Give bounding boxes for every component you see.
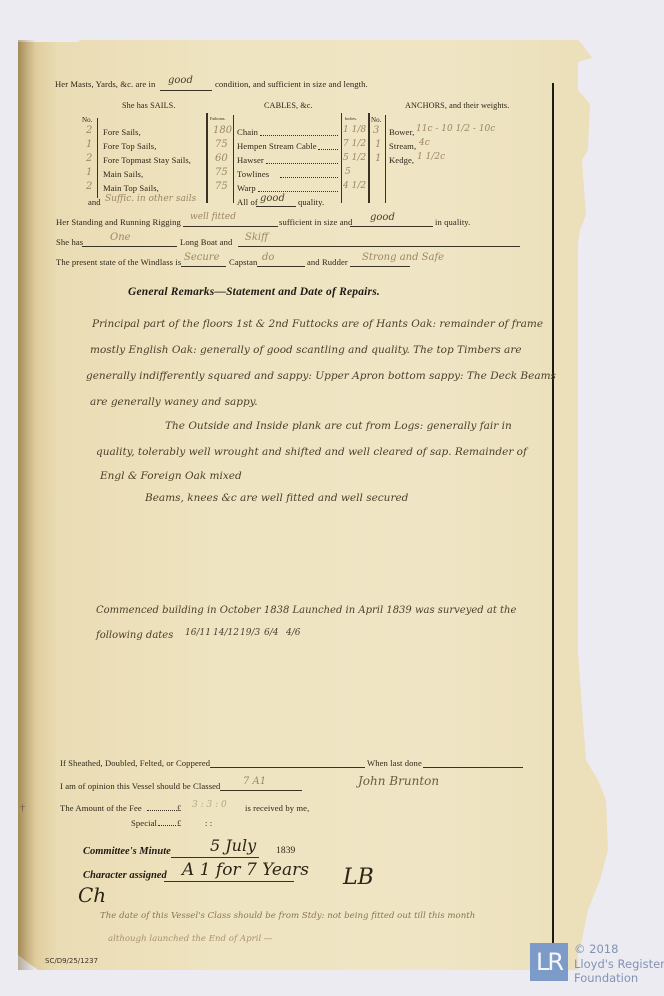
classed-blank [220, 790, 302, 791]
cable-inches: 5 1/2 [343, 153, 366, 163]
sail-label: Fore Topmast Stay Sails, [103, 155, 191, 165]
committee-minute-value: 5 July [210, 836, 256, 855]
committee-year: 1839 [276, 846, 295, 856]
all-of-blank [256, 206, 296, 207]
anchor-count: 1 [375, 139, 381, 150]
anchor-count: 3 [373, 125, 379, 136]
cable-label: Hawser [237, 155, 264, 165]
anchor-label: Kedge, [389, 155, 414, 165]
rigging-value: well fitted [190, 212, 236, 222]
special-value: : : [205, 818, 212, 828]
remarks-heading: General Remarks—Statement and Date of Re… [128, 286, 380, 298]
survey-date: 4/6 [286, 628, 300, 638]
sail-count: 1 [86, 167, 92, 178]
remarks-line: generally indifferently squared and sapp… [86, 370, 556, 382]
classed-value: 7 A1 [243, 776, 266, 787]
cable-inches: 1 1/8 [343, 125, 366, 135]
cable-inches: 7 1/2 [343, 139, 366, 149]
character-label: Character assigned [83, 870, 167, 881]
lloyds-register-logo-icon: LR [530, 943, 568, 981]
masts-suffix: condition, and sufficient in size and le… [215, 79, 368, 89]
fee-currency: £ [177, 803, 181, 813]
anchors-header: ANCHORS, and their weights. [405, 101, 509, 110]
rigging-quality: good [370, 212, 395, 223]
sheathed-label: If Sheathed, Doubled, Felted, or Coppere… [60, 758, 210, 768]
fathoms-divider-left [206, 113, 208, 203]
sail-label: Main Top Sails, [103, 183, 159, 193]
capstan-label: Capstan [229, 257, 257, 267]
when-done-label: When last done [367, 758, 422, 768]
margin-mark: † [20, 803, 25, 814]
inches-divider-left [341, 113, 342, 203]
sail-label: Main Sails, [103, 169, 143, 179]
remarks-line: The Outside and Inside plank are cut fro… [165, 420, 512, 432]
rigging-mid: sufficient in size and [279, 217, 352, 227]
building-line-1: Commenced building in October 1838 Launc… [96, 605, 516, 616]
right-margin-rule [552, 83, 554, 943]
rigging-blank-2 [350, 226, 433, 227]
committee-minute-label: Committee's Minute [83, 846, 171, 857]
classed-label: I am of opinion this Vessel should be Cl… [60, 781, 220, 791]
sail-count: 1 [86, 139, 92, 150]
special-currency: £ [177, 818, 181, 828]
sail-label: Fore Top Sails, [103, 141, 157, 151]
boats-blank-2 [238, 246, 520, 247]
sails-header: She has SAILS. [122, 101, 175, 110]
cable-fathoms: 75 [215, 167, 228, 178]
rudder-blank [350, 266, 410, 267]
survey-date: 16/11 [185, 628, 211, 638]
sail-count: 2 [86, 125, 92, 136]
archive-reference: SC/D9/25/1237 [45, 957, 98, 965]
cable-label: Towlines [237, 169, 269, 179]
sail-label: Fore Sails, [103, 127, 141, 137]
boats-mid: Long Boat and [180, 237, 232, 247]
rigging-label: Her Standing and Running Rigging [56, 217, 181, 227]
copyright: © 2018 [574, 942, 618, 956]
surveyor-signature: John Brunton [358, 774, 439, 788]
footer-note-line: The date of this Vessel's Class should b… [100, 911, 475, 921]
boats-value: One [110, 232, 131, 243]
anchor-weight: 4c [419, 138, 430, 148]
sails-and-value: Suffic. in other sails [105, 194, 196, 204]
windlass-value: Secure [184, 252, 220, 263]
survey-date: 6/4 [264, 628, 278, 638]
fathoms-header: Fathoms. [210, 116, 226, 121]
anchor-label: Bower, [389, 127, 414, 137]
remarks-line: are generally waney and sappy. [90, 396, 258, 408]
cable-inches: 4 1/2 [343, 181, 366, 191]
document-page [18, 40, 578, 970]
committee-minute-blank [171, 857, 259, 858]
page-edge-stain [18, 40, 36, 970]
anchor-count: 1 [375, 153, 381, 164]
org-name-line-2: Foundation [574, 971, 638, 985]
cable-fathoms: 75 [215, 139, 228, 150]
footer-mark: Ch [78, 883, 106, 907]
when-done-blank [423, 767, 523, 768]
sail-count: 2 [86, 153, 92, 164]
survey-date: 19/3 [240, 628, 260, 638]
anchor-weight: 11c - 10 1/2 - 10c [416, 124, 495, 134]
anchor-no-divider [385, 115, 386, 203]
character-blank [164, 881, 294, 882]
org-name-line-1: Lloyd's Register [574, 957, 664, 971]
building-line-2-label: following dates [96, 630, 173, 641]
capstan-blank [257, 266, 305, 267]
leader-dots [258, 191, 338, 192]
rudder-value: Strong and Safe [362, 252, 444, 263]
leader-dots [260, 135, 338, 136]
cable-label: Warp [237, 183, 256, 193]
survey-date: 14/12 [213, 628, 239, 638]
sheathed-blank [210, 767, 365, 768]
capstan-value: do [262, 252, 274, 263]
rigging-blank-1 [183, 226, 278, 227]
windlass-blank [181, 266, 226, 267]
masts-label: Her Masts, Yards, &c. are in [55, 79, 155, 89]
boats-label: She has [56, 237, 83, 247]
remarks-line: quality, tolerably well wrought and shif… [96, 446, 527, 458]
sails-and-label: and [88, 197, 101, 207]
leader-dots [318, 149, 338, 150]
leader-dots [147, 810, 177, 811]
fee-value: 3 : 3 : 0 [192, 800, 227, 810]
fee-suffix: is received by me, [245, 803, 309, 813]
leader-dots [266, 163, 338, 164]
masts-value: good [168, 75, 193, 86]
windlass-label: The present state of the Windlass is [56, 257, 181, 267]
inches-header: Inches. [345, 116, 357, 121]
fee-label: The Amount of the Fee [60, 803, 142, 813]
all-of-label: All of [237, 197, 258, 207]
masts-blank [160, 90, 212, 91]
cable-fathoms: 75 [215, 181, 228, 192]
character-value: A 1 for 7 Years [182, 860, 309, 880]
remarks-line: Engl & Foreign Oak mixed [100, 470, 242, 482]
boats-value-2: Skiff [245, 232, 268, 243]
special-label: Special [131, 818, 157, 828]
boats-blank-1 [82, 246, 177, 247]
cable-inches: 5 [345, 167, 351, 177]
anchor-weight: 1 1/2c [417, 152, 445, 162]
anchor-no-header: No. [371, 116, 382, 124]
cables-header: CABLES, &c. [264, 101, 313, 110]
rudder-label: and Rudder [307, 257, 348, 267]
remarks-line: Beams, knees &c are well fitted and well… [145, 492, 408, 504]
sail-count: 2 [86, 181, 92, 192]
cable-fathoms: 60 [215, 153, 228, 164]
sails-divider [97, 118, 98, 198]
leader-dots [158, 825, 176, 826]
fathoms-divider-right [233, 115, 234, 203]
sails-no-header: No. [82, 116, 93, 124]
footer-note-line: although launched the End of April — [108, 934, 273, 944]
all-of-suffix: quality. [298, 197, 324, 207]
all-of-value: good [260, 193, 285, 204]
rigging-suffix: in quality. [435, 217, 470, 227]
leader-dots [280, 177, 338, 178]
remarks-line: Principal part of the floors 1st & 2nd F… [92, 318, 543, 330]
cable-label: Chain [237, 127, 258, 137]
committee-initials: LB [343, 865, 374, 890]
inches-divider-right [368, 113, 370, 203]
remarks-line: mostly English Oak: generally of good sc… [90, 344, 522, 356]
anchor-label: Stream, [389, 141, 416, 151]
cable-fathoms: 180 [213, 125, 232, 136]
cable-label: Hempen Stream Cable [237, 141, 317, 151]
